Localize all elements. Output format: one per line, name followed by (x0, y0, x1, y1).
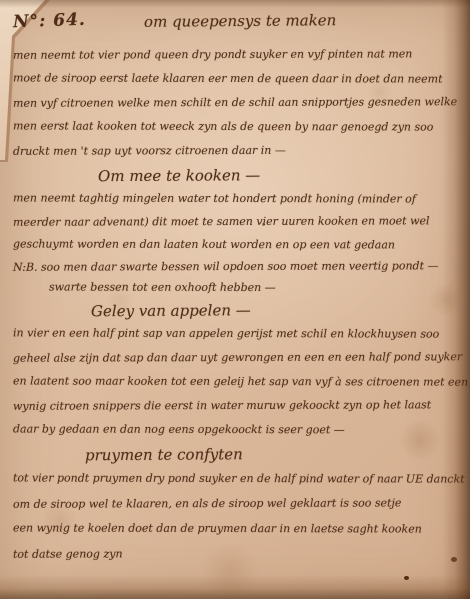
manuscript-line: N:B. soo men daar swarte bessen wil opdo… (13, 255, 454, 278)
manuscript-line: wynig citroen snippers die eerst in wate… (13, 393, 454, 419)
page-edge-top (0, 0, 470, 8)
manuscript-line: meerder naar advenant) dit moet te samen… (13, 209, 454, 234)
page-title: om queepensys te maken (144, 8, 336, 34)
section-nota-bene: N:B. soo men daar swarte bessen wil opdo… (13, 256, 454, 298)
section-heading-mee: Om mee te kooken — (98, 162, 454, 188)
book-page-edges-right (442, 0, 470, 599)
section-pruymen: pruymen te confyten tot vier pondt pruym… (13, 442, 454, 566)
manuscript-line: en laatent soo maar kooken tot een gelei… (13, 369, 454, 394)
section-heading-geley: Geley van appelen — (91, 297, 454, 324)
manuscript-line: daar by gedaan en dan nog eens opgekoock… (13, 417, 454, 442)
book-page-edges-bottom (0, 575, 470, 599)
manuscript-line: men neemt tot vier pond queen dry pondt … (13, 42, 454, 68)
manuscript-line: in vier en een half pint sap van appelen… (13, 321, 454, 346)
manuscript-line: men eerst laat kooken tot weeck zyn als … (13, 114, 454, 139)
section-geley: Geley van appelen — in vier en een half … (13, 298, 454, 442)
section-mee: Om mee te kooken — men neemt taghtig min… (13, 163, 454, 256)
manuscript-line: swarte bessen tot een oxhooft hebben — (49, 276, 454, 298)
manuscript-line: druckt men 't sap uyt voorsz citroenen d… (13, 138, 454, 164)
page-number: N°: 64. (13, 8, 87, 35)
manuscript-line: een wynig te koelen doet dan de pruymen … (13, 515, 454, 541)
section-heading-pruymen: pruymen te confyten (85, 441, 454, 468)
manuscript-line: geheel alse zijn dat sap dan daar uyt ge… (13, 345, 454, 371)
page-header: N°: 64. om queepensys te maken (13, 9, 454, 43)
manuscript-line: geschuymt worden en dan laaten kout word… (13, 232, 454, 256)
manuscript-line: tot vier pondt pruymen dry pond suyker e… (13, 465, 454, 491)
manuscript-line: men neemt taghtig mingelen water tot hon… (13, 186, 454, 210)
section-queepensys: men neemt tot vier pond queen dry pondt … (13, 43, 454, 163)
manuscript-line: om de siroop wel te klaaren, en als de s… (13, 490, 454, 517)
manuscript-content: N°: 64. om queepensys te maken men neemt… (13, 9, 454, 566)
manuscript-line: men vyf citroenen welke men schilt en de… (13, 90, 454, 116)
manuscript-line: tot datse genog zyn (13, 540, 454, 567)
manuscript-line: moet de siroop eerst laete klaaren eer m… (13, 66, 454, 91)
